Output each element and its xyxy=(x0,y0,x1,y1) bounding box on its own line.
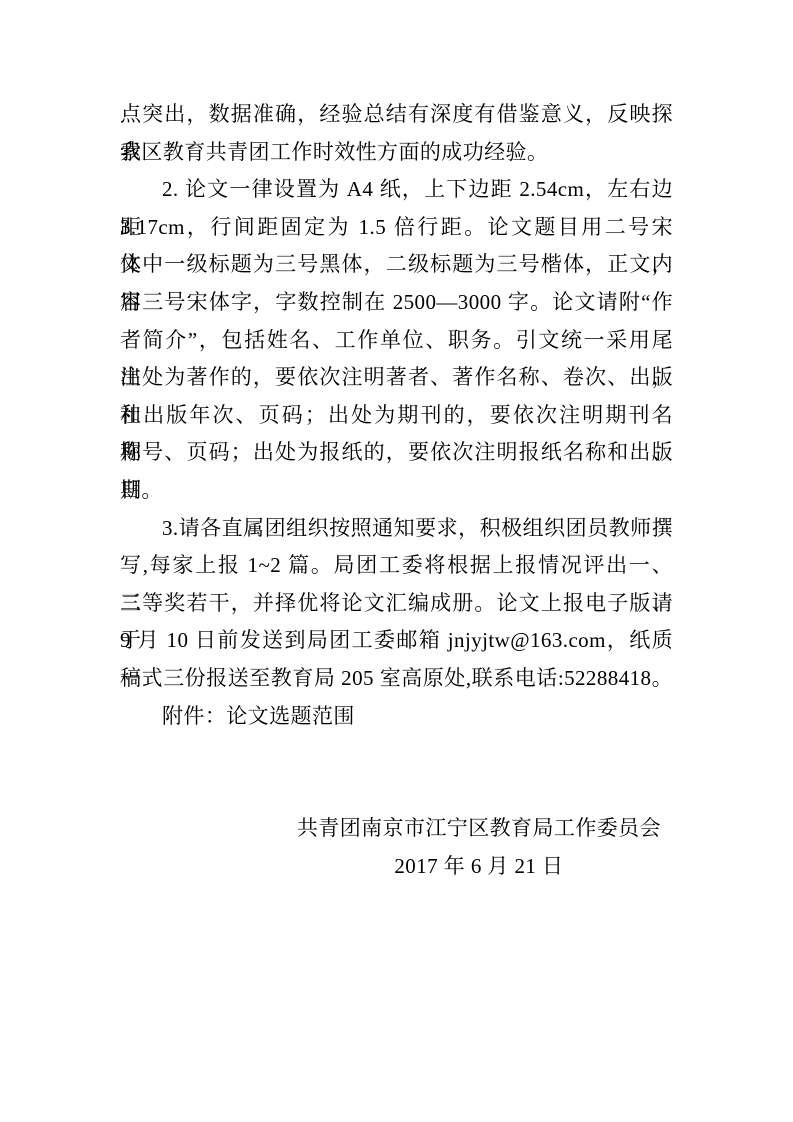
date: 2017 年 6 月 21 日 xyxy=(297,848,661,886)
body-line-para2-start: 2. 论文一律设置为 A4 纸，上下边距 2.54cm，左右边距 xyxy=(120,171,673,209)
body-line: 一式三份报送至教育局 205 室高原处,联系电话:52288418。 xyxy=(120,660,673,698)
body-line: 者简介”，包括姓名、工作单位、职务。引文统一采用尾注， xyxy=(120,322,673,360)
body-line: 点突出，数据准确，经验总结有深度有借鉴意义，反映探索 xyxy=(120,96,673,134)
body-line: 用三号宋体字，字数控制在 2500—3000 字。论文请附“作 xyxy=(120,284,673,322)
body-line: 3.17cm，行间距固定为 1.5 倍行距。论文题目用二号宋体， xyxy=(120,209,673,247)
document-page: 点突出，数据准确，经验总结有深度有借鉴意义，反映探索 我区教育共青团工作时效性方… xyxy=(0,0,793,1122)
body-line: 和出版年次、页码；出处为期刊的，要依次注明期刊名称、 xyxy=(120,397,673,435)
body-line: 9 月 10 日前发送到局团工委邮箱 jnjyjtw@163.com，纸质稿 xyxy=(120,622,673,660)
body-line: 我区教育共青团工作时效性方面的成功经验。 xyxy=(120,134,673,172)
body-line: 写,每家上报 1~2 篇。局团工委将根据上报情况评出一、二、 xyxy=(120,547,673,585)
document-body: 点突出，数据准确，经验总结有深度有借鉴意义，反映探索 我区教育共青团工作时效性方… xyxy=(120,96,673,885)
body-line: 期号、页码；出处为报纸的，要依次注明报纸名称和出版日 xyxy=(120,434,673,472)
body-line-para3-start: 3.请各直属团组织按照通知要求，积极组织团员教师撰 xyxy=(120,510,673,548)
signature-block: 共青团南京市江宁区教育局工作委员会 2017 年 6 月 21 日 xyxy=(120,810,673,885)
body-line: 出处为著作的，要依次注明著者、著作名称、卷次、出版社 xyxy=(120,359,673,397)
attachment-line: 附件：论文选题范围 xyxy=(120,698,673,736)
body-line: 三等奖若干，并择优将论文汇编成册。论文上报电子版请于 xyxy=(120,585,673,623)
signature-inner: 共青团南京市江宁区教育局工作委员会 2017 年 6 月 21 日 xyxy=(297,810,661,885)
body-line: 文中一级标题为三号黑体，二级标题为三号楷体，正文内容 xyxy=(120,246,673,284)
signature: 共青团南京市江宁区教育局工作委员会 xyxy=(297,810,661,848)
body-line: 期。 xyxy=(120,472,673,510)
